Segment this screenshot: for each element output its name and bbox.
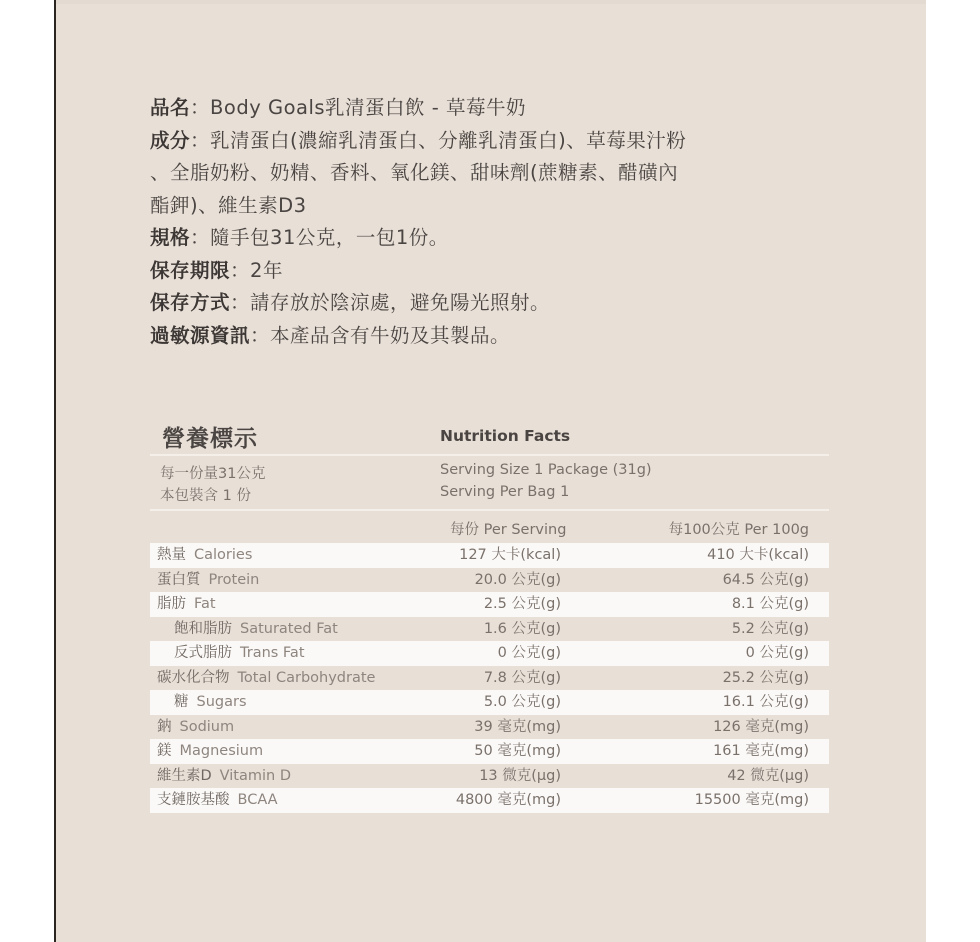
table-row: 糖Sugars5.0 公克(g)16.1 公克(g)	[150, 690, 829, 715]
nutrient-en: Calories	[194, 547, 252, 563]
servings-zh: 本包裝含 1 份	[160, 484, 251, 505]
col-per-100g: 每100公克 Per 100g	[669, 518, 809, 539]
table-row: 支鏈胺基酸BCAA4800 毫克(mg)15500 毫克(mg)	[150, 788, 829, 813]
nutrition-header: 營養標示 Nutrition Facts	[150, 418, 829, 454]
servings-en: Serving Per Bag 1	[440, 484, 569, 500]
value-per-serving: 20.0 公克(g)	[475, 568, 561, 593]
nutrient-zh: 維生素D	[157, 768, 212, 784]
info-storage: 保存方式：請存放於陰涼處，避免陽光照射。	[150, 287, 830, 320]
info-sep: ：	[230, 259, 250, 282]
nutrient-en: Sugars	[197, 694, 247, 710]
nutrient-en: BCAA	[238, 792, 278, 808]
info-allergen: 過敏源資訊：本產品含有牛奶及其製品。	[150, 320, 830, 353]
nutrition-title-zh: 營養標示	[162, 420, 258, 453]
table-row: 飽和脂肪Saturated Fat1.6 公克(g)5.2 公克(g)	[150, 617, 829, 642]
value-per-100g: 25.2 公克(g)	[723, 666, 809, 691]
nutrient-en: Saturated Fat	[240, 621, 338, 637]
value-per-100g: 5.2 公克(g)	[732, 617, 809, 642]
info-sep: ：	[190, 129, 210, 152]
nutrient-en: Vitamin D	[220, 768, 291, 784]
info-sep: ：	[250, 324, 270, 347]
value-per-serving: 39 毫克(mg)	[474, 715, 561, 740]
value-per-serving: 2.5 公克(g)	[484, 592, 561, 617]
table-row: 碳水化合物Total Carbohydrate7.8 公克(g)25.2 公克(…	[150, 666, 829, 691]
info-product-name: 品名：Body Goals乳清蛋白飲 - 草莓牛奶	[150, 92, 830, 125]
info-value: 請存放於陰涼處，避免陽光照射。	[250, 291, 550, 314]
nutrition-title-en: Nutrition Facts	[440, 427, 570, 445]
table-row: 鈉Sodium39 毫克(mg)126 毫克(mg)	[150, 715, 829, 740]
info-sep: ：	[230, 291, 250, 314]
info-spec: 規格：隨手包31公克，一包1份。	[150, 222, 830, 255]
value-per-serving: 50 毫克(mg)	[474, 739, 561, 764]
serving-size-zh: 每一份量31公克	[160, 462, 265, 483]
nutrition-rows: 熱量Calories127 大卡(kcal)410 大卡(kcal) 蛋白質Pr…	[150, 543, 829, 813]
table-row: 熱量Calories127 大卡(kcal)410 大卡(kcal)	[150, 543, 829, 568]
nutrient-zh: 鈉	[157, 719, 172, 735]
table-row: 反式脂肪Trans Fat0 公克(g)0 公克(g)	[150, 641, 829, 666]
info-label: 保存期限	[150, 259, 230, 282]
info-value: 本產品含有牛奶及其製品。	[270, 324, 510, 347]
nutrition-facts-table: 營養標示 Nutrition Facts 每一份量31公克 本包裝含 1 份 S…	[150, 418, 829, 813]
info-value: 乳清蛋白(濃縮乳清蛋白、分離乳清蛋白)、草莓果汁粉	[210, 129, 686, 152]
table-row: 鎂Magnesium50 毫克(mg)161 毫克(mg)	[150, 739, 829, 764]
value-per-serving: 1.6 公克(g)	[484, 617, 561, 642]
info-ingredients: 成分：乳清蛋白(濃縮乳清蛋白、分離乳清蛋白)、草莓果汁粉	[150, 125, 830, 158]
nutrient-zh: 支鏈胺基酸	[157, 792, 230, 808]
value-per-serving: 7.8 公克(g)	[484, 666, 561, 691]
value-per-100g: 15500 毫克(mg)	[695, 788, 809, 813]
info-label: 規格	[150, 226, 190, 249]
value-per-serving: 4800 毫克(mg)	[456, 788, 561, 813]
nutrient-zh: 脂肪	[157, 596, 186, 612]
serving-size-en: Serving Size 1 Package (31g)	[440, 462, 652, 478]
info-value: 、全脂奶粉、奶精、香料、氧化鎂、甜味劑(蔗糖素、醋磺內	[150, 161, 678, 184]
value-per-100g: 126 毫克(mg)	[713, 715, 809, 740]
value-per-100g: 0 公克(g)	[746, 641, 809, 666]
nutrient-zh: 飽和脂肪	[174, 621, 232, 637]
nutrient-zh: 糖	[174, 694, 189, 710]
value-per-serving: 13 微克(μg)	[479, 764, 561, 789]
column-headers: 每份 Per Serving 每100公克 Per 100g	[150, 511, 829, 541]
nutrient-en: Trans Fat	[240, 645, 305, 661]
info-label: 保存方式	[150, 291, 230, 314]
info-sep: ：	[190, 96, 210, 119]
info-ingredients-cont: 、全脂奶粉、奶精、香料、氧化鎂、甜味劑(蔗糖素、醋磺內	[150, 157, 830, 190]
info-value: 酯鉀)、維生素D3	[150, 194, 307, 217]
value-per-serving: 5.0 公克(g)	[484, 690, 561, 715]
info-sep: ：	[190, 226, 210, 249]
nutrient-en: Magnesium	[180, 743, 264, 759]
value-per-100g: 161 毫克(mg)	[713, 739, 809, 764]
info-label: 過敏源資訊	[150, 324, 250, 347]
col-per-serving: 每份 Per Serving	[450, 518, 566, 539]
value-per-100g: 410 大卡(kcal)	[707, 543, 809, 568]
table-row: 維生素DVitamin D13 微克(μg)42 微克(μg)	[150, 764, 829, 789]
info-shelf-life: 保存期限：2年	[150, 255, 830, 288]
nutrient-zh: 鎂	[157, 743, 172, 759]
panel-top-edge	[56, 0, 926, 4]
info-value: 2年	[250, 259, 283, 282]
info-ingredients-cont: 酯鉀)、維生素D3	[150, 190, 830, 223]
info-value: Body Goals乳清蛋白飲 - 草莓牛奶	[210, 96, 526, 119]
nutrient-en: Sodium	[180, 719, 235, 735]
info-value: 隨手包31公克，一包1份。	[210, 226, 449, 249]
nutrient-zh: 碳水化合物	[157, 670, 230, 686]
value-per-100g: 16.1 公克(g)	[723, 690, 809, 715]
value-per-serving: 127 大卡(kcal)	[459, 543, 561, 568]
info-label: 品名	[150, 96, 190, 119]
nutrient-en: Protein	[209, 572, 260, 588]
nutrient-en: Total Carbohydrate	[238, 670, 376, 686]
info-label: 成分	[150, 129, 190, 152]
value-per-100g: 8.1 公克(g)	[732, 592, 809, 617]
nutrient-zh: 蛋白質	[157, 572, 201, 588]
product-info: 品名：Body Goals乳清蛋白飲 - 草莓牛奶 成分：乳清蛋白(濃縮乳清蛋白…	[150, 92, 830, 352]
nutrient-en: Fat	[194, 596, 216, 612]
value-per-100g: 42 微克(μg)	[727, 764, 809, 789]
nutrient-zh: 熱量	[157, 547, 186, 563]
table-row: 脂肪Fat2.5 公克(g)8.1 公克(g)	[150, 592, 829, 617]
value-per-serving: 0 公克(g)	[498, 641, 561, 666]
serving-info: 每一份量31公克 本包裝含 1 份 Serving Size 1 Package…	[150, 456, 829, 509]
table-row: 蛋白質Protein20.0 公克(g)64.5 公克(g)	[150, 568, 829, 593]
value-per-100g: 64.5 公克(g)	[723, 568, 809, 593]
nutrient-zh: 反式脂肪	[174, 645, 232, 661]
